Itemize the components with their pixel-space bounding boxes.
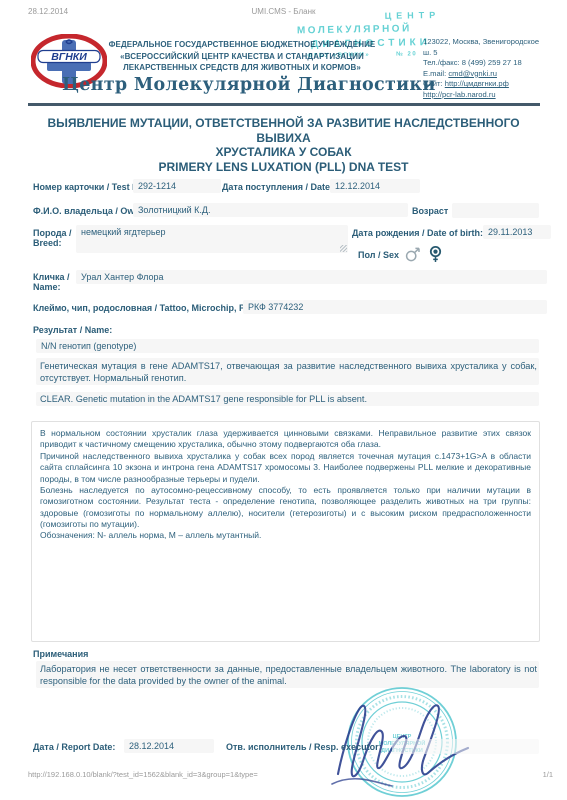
age-field[interactable] (452, 203, 539, 218)
title-line-1: ВЫЯВЛЕНИЕ МУТАЦИИ, ОТВЕТСТВЕННОЙ ЗА РАЗВ… (28, 116, 539, 145)
age-label: Возраст (412, 206, 448, 216)
contact-site-link[interactable]: http://цмдвгнки.рф (445, 79, 509, 88)
tattoo-field[interactable]: РКФ 3774232 (243, 300, 547, 314)
intake-date-field[interactable]: 12.12.2014 (330, 179, 420, 193)
info-paragraph-2: Причиной наследственного вывиха хрустали… (40, 451, 531, 485)
report-page: 28.12.2014 UMI.CMS - Бланк ВГНКИ ФЕДЕРАЛ… (0, 0, 567, 800)
contact-email-link[interactable]: cmd@vgnki.ru (448, 69, 497, 78)
print-app-title: UMI.CMS - Бланк (0, 7, 567, 16)
genotype-field[interactable]: N/N генотип (genotype) (36, 339, 539, 353)
breed-label-en: Breed: (33, 238, 62, 248)
executor-label: Отв. исполнитель / Resp. executor: (226, 742, 382, 752)
result-label: Результат / Name: (33, 325, 112, 335)
birth-date-label: Дата рождения / Date of birth: (352, 228, 483, 238)
report-date-field[interactable]: 28.12.2014 (124, 739, 214, 753)
info-paragraph-3: Болезнь наследуется по аутосомно-рецесси… (40, 485, 531, 531)
resize-handle-icon[interactable] (340, 245, 347, 252)
title-line-3: PRIMERY LENS LUXATION (PLL) DNA TEST (28, 160, 539, 175)
report-date-label: Дата / Report Date: (33, 742, 115, 752)
sex-label: Пол / Sex (358, 250, 399, 260)
contact-phone: Тел./факс: 8 (499) 259 27 18 (423, 58, 548, 69)
stamp-line-2: МОЛЕКУЛЯРНОЙ (297, 23, 457, 37)
stamp-line-1: ЦЕНТР (385, 10, 457, 21)
executor-field[interactable] (392, 739, 539, 754)
pet-name-field[interactable]: Урал Хантер Флора (76, 270, 547, 284)
print-url: http://192.168.0.10/blank/?test_id=1562&… (28, 770, 258, 779)
owner-field[interactable]: Золотницкий К.Д. (133, 203, 408, 217)
info-paragraph-1: В нормальном состоянии хрусталик глаза у… (40, 428, 531, 451)
breed-value: немецкий ягдтерьер (76, 225, 348, 239)
document-title: ВЫЯВЛЕНИЕ МУТАЦИИ, ОТВЕТСТВЕННОЙ ЗА РАЗВ… (28, 116, 539, 174)
header-ink-stamp: ЦЕНТР МОЛЕКУЛЯРНОЙ ДИАГНОСТИКИ ФГБУ «ВГН… (297, 10, 458, 60)
card-number-field[interactable]: 292-1214 (133, 179, 221, 193)
header-divider (28, 103, 540, 106)
breed-label-ru: Порода / (33, 228, 72, 238)
contact-site-label: Сайт: (423, 79, 443, 88)
stamp-line-3: ДИАГНОСТИКИ (311, 37, 457, 51)
card-number-label: Номер карточки / Test №: (33, 182, 145, 192)
result-text-en: CLEAR. Genetic mutation in the ADAMTS17 … (40, 393, 537, 405)
svg-text:ВГНКИ: ВГНКИ (51, 51, 87, 63)
contact-email-line: E.mail: cmd@vgnki.ru (423, 69, 548, 80)
female-symbol-icon[interactable] (428, 246, 443, 263)
contact-site2-line: http://pcr-lab.narod.ru (423, 90, 548, 101)
birth-date-field[interactable]: 29.11.2013 (483, 225, 551, 239)
result-text-ru: Генетическая мутация в гене ADAMTS17, от… (40, 360, 537, 385)
notes-title: Примечания (33, 649, 88, 659)
info-box: В нормальном состоянии хрусталик глаза у… (31, 421, 540, 642)
contact-email-label: E.mail: (423, 69, 446, 78)
contact-site2-link[interactable]: http://pcr-lab.narod.ru (423, 90, 496, 99)
info-text: В нормальном состоянии хрусталик глаза у… (32, 422, 539, 542)
pet-name-label-ru: Кличка / (33, 272, 69, 282)
male-symbol-icon[interactable] (405, 247, 422, 262)
pet-name-label-en: Name: (33, 282, 61, 292)
breed-field[interactable]: немецкий ягдтерьер (76, 225, 348, 253)
sex-row: Пол / Sex (358, 246, 443, 263)
print-page-number: 1/1 (543, 770, 553, 779)
info-paragraph-4: Обозначения: N- аллель норма, M – аллель… (40, 530, 531, 541)
org-line-3: ЛЕКАРСТВЕННЫХ СРЕДСТВ ДЛЯ ЖИВОТНЫХ И КОР… (92, 62, 392, 74)
intake-date-label: Дата поступления / Date: (222, 182, 333, 192)
contact-site-line: Сайт: http://цмдвгнки.рф (423, 79, 548, 90)
center-name: Центр Молекулярной Диагностики (62, 75, 436, 95)
title-line-2: ХРУСТАЛИКА У СОБАК (28, 145, 539, 160)
